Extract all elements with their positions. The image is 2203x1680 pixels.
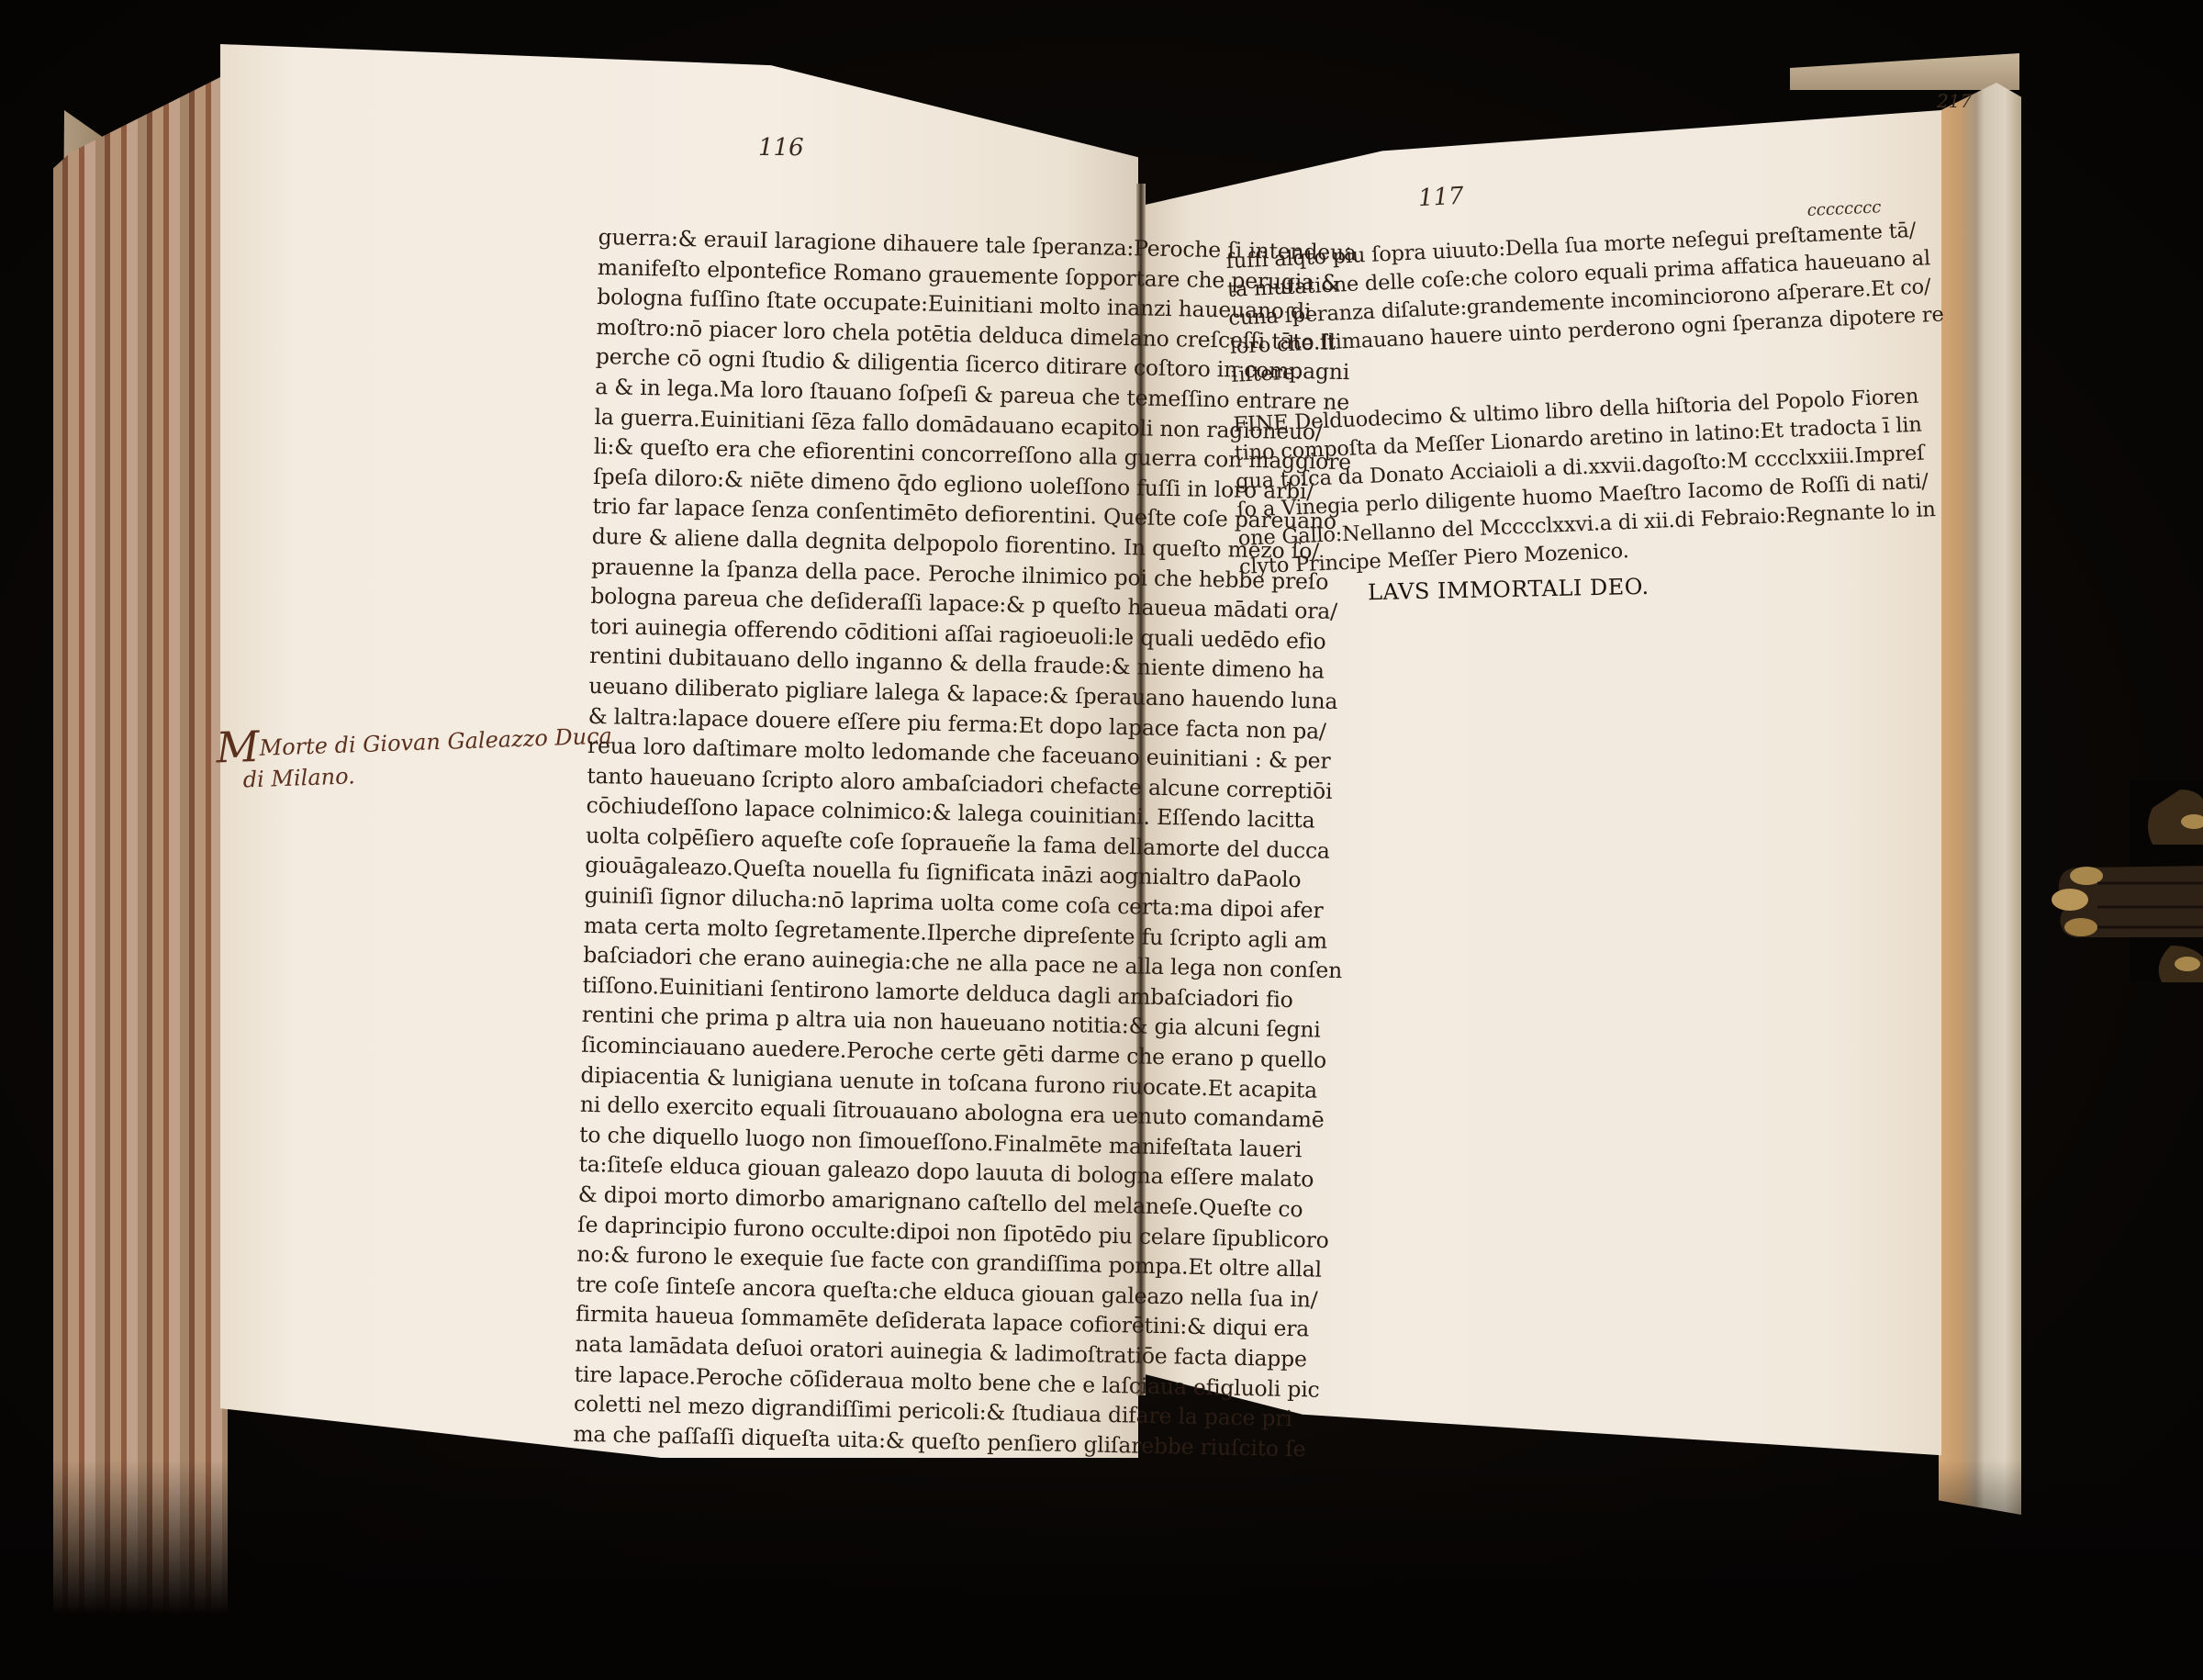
right-folio-number: 117 [1417, 183, 1464, 213]
page-block-right-edge [1939, 83, 2021, 1515]
left-folio-number: 116 [758, 134, 804, 162]
bottom-shadow [0, 1460, 2203, 1680]
text-line: cc [1862, 197, 1882, 218]
margin-correction-marks: cccccccc [1806, 193, 1882, 225]
text-line: cc [1844, 198, 1863, 218]
left-page-text-block: guerra:& erauiI laragione dihauere tale … [573, 222, 1358, 1464]
metal-clasp-icon [2042, 780, 2203, 982]
colophon-block: FINE Delduodecimo & ultimo libro della h… [1233, 382, 1938, 582]
page-block-fore-edge [53, 73, 228, 1652]
text-line: cc [1825, 199, 1844, 219]
text-line: cc [1806, 200, 1826, 220]
corner-folio-number: 217 [1937, 90, 1972, 112]
